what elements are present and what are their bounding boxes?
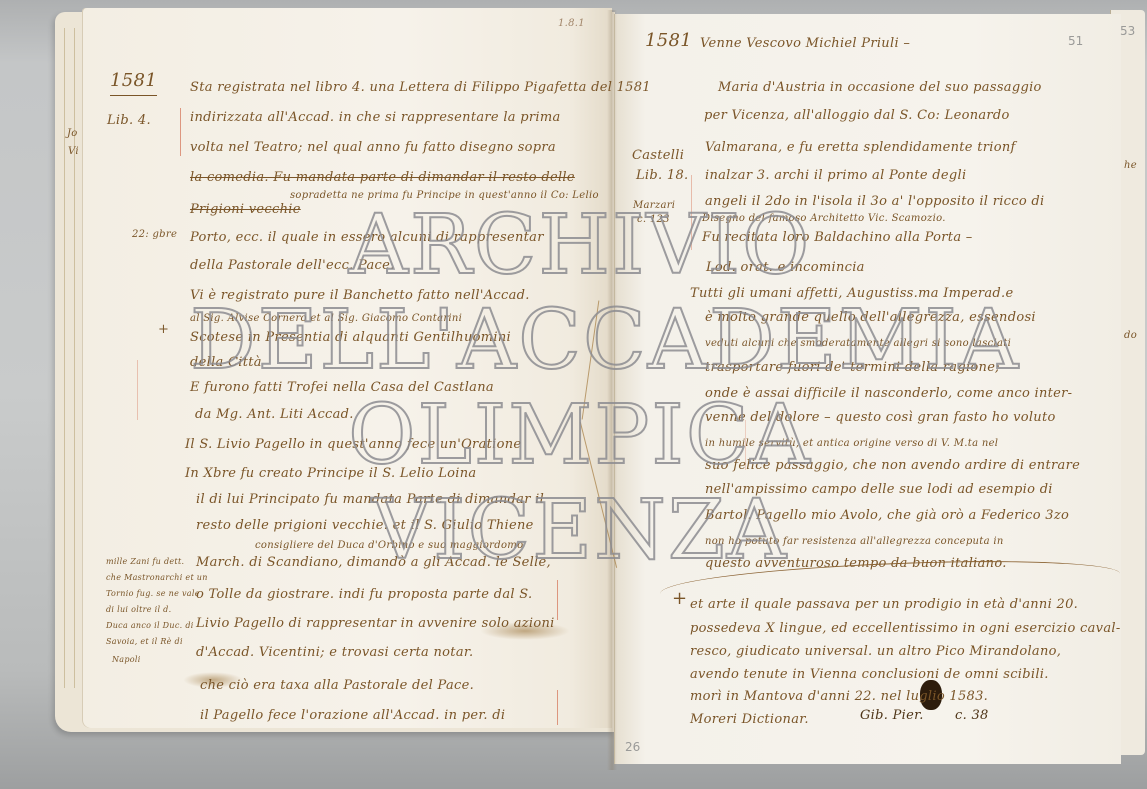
text-line: Porto, ecc. il quale in essero alcuni di…	[190, 230, 544, 245]
citation-ref: Gib. Pier.	[860, 708, 924, 723]
text-line: il di lui Principato fu mandata Parte di…	[196, 492, 544, 507]
text-line: Lod. orat. e incomincia	[706, 260, 865, 275]
text-line: nell'ampissimo campo delle sue lodi ad e…	[705, 482, 1053, 497]
text-line: Valmarana, e fu eretta splendidamente tr…	[705, 140, 1016, 155]
text-line: March. di Scandiano, dimandò a gli Accad…	[196, 555, 551, 570]
interlinear-note: sopradetta ne prima fu Principe in quest…	[290, 190, 599, 201]
margin-cross: +	[158, 322, 169, 337]
text-line: non ho potuto far resistenza all'allegre…	[705, 536, 1004, 547]
manuscript-scan: 1.8.1 1581 Lib. 4. Jo Vi 22: gbre + Sta …	[0, 0, 1147, 789]
text-line: è molto grande quello dell'allegrezza, e…	[705, 310, 1036, 325]
footnote-line: resco, giudicato universal. un altro Pic…	[690, 644, 1061, 659]
right-margin-ref: Castelli	[632, 148, 684, 163]
edge-note: Jo	[67, 128, 78, 139]
right-heading: Venne Vescovo Michiel Priuli –	[700, 36, 910, 51]
text-line: venne del dolore – questo così gran fast…	[705, 410, 1056, 425]
text-line: onde è assai difficile il nasconderlo, c…	[705, 386, 1072, 401]
text-line: Maria d'Austria in occasione del suo pas…	[718, 80, 1042, 95]
edge-note: Vi	[68, 146, 79, 157]
left-margin-date: 22: gbre	[132, 229, 177, 240]
text-line: della Pastorale dell'ecc. Pace.	[190, 258, 395, 273]
red-margin-mark	[557, 690, 558, 725]
page-edge-line	[64, 28, 65, 688]
left-year-heading: 1581	[110, 70, 157, 96]
margin-note-line: mille Zani fu dett.	[106, 557, 184, 566]
footnote-line: avendo tenute in Vienna conclusioni de o…	[690, 667, 1049, 682]
right-margin-ref-2: c. 123	[637, 214, 670, 225]
footnote-line: morì in Mantova d'anni 22. nel luglio 15…	[690, 689, 988, 704]
text-line: da Mg. Ant. Liti Accad.	[195, 407, 354, 422]
margin-note-line: Tornio fug. se ne vale	[106, 589, 200, 598]
citation-page: c. 38	[955, 708, 989, 723]
folio-number: 26	[625, 740, 640, 754]
under-page-fragment: do	[1124, 330, 1137, 341]
text-line: in humile servitù, et antica origine ver…	[705, 438, 998, 449]
text-line: Disegno del famoso Architetto Vic. Scamo…	[702, 213, 946, 224]
margin-note-line: di lui oltre il d.	[106, 605, 171, 614]
text-line: Bartol. Pagello mio Avolo, che già orò a…	[705, 508, 1069, 523]
text-line: In Xbre fu creato Principe il S. Lelio L…	[185, 466, 476, 481]
text-line: Tutti gli umani affetti, Augustiss.ma Im…	[690, 286, 1013, 301]
red-margin-mark	[180, 108, 181, 156]
text-line: E furono fatti Trofei nella Casa del Cas…	[190, 380, 494, 395]
text-line: Vi è registrato pure il Banchetto fatto …	[190, 288, 530, 303]
text-line: Scotese in Presentia di alquanti Gentilh…	[190, 330, 511, 345]
right-margin-ref: Lib. 18.	[636, 168, 688, 183]
text-line: inalzar 3. archi il primo al Ponte degli	[705, 168, 966, 183]
red-margin-mark	[557, 580, 558, 620]
text-line: della Città	[190, 355, 262, 370]
text-line: suo felice passaggio, che non avendo ard…	[705, 458, 1080, 473]
text-line: per Vicenza, all'alloggio dal S. Co: Leo…	[704, 108, 1010, 123]
margin-note-line: Savoia, et il Rè di	[106, 637, 183, 646]
footnote-line: Moreri Dictionar.	[690, 712, 809, 727]
left-margin-ref: Lib. 4.	[107, 113, 151, 128]
interlinear-note: consigliere del Duca d'Orbino e suo magg…	[255, 540, 523, 551]
right-year-heading: 1581	[645, 30, 692, 51]
under-page-fragment: he	[1124, 160, 1137, 171]
text-line: che ciò era taxa alla Pastorale del Pace…	[200, 678, 474, 693]
text-line: angeli il 2do in l'isola il 3o a' l'oppo…	[705, 194, 1044, 209]
red-margin-mark	[691, 175, 692, 250]
text-line: Livio Pagello di rappresentar in avvenir…	[196, 616, 555, 631]
text-line: veduti alcuni che smoderatamente allegri…	[705, 338, 1011, 349]
page-number: 53	[1120, 24, 1135, 38]
footnote-line: possedeva X lingue, ed eccellentissimo i…	[690, 621, 1121, 636]
text-line: d'Accad. Vicentini; e trovasi certa nota…	[196, 645, 473, 660]
footnote-line: et arte il quale passava per un prodigio…	[690, 597, 1078, 612]
margin-note-line: che Mastronarchi et un	[106, 573, 208, 582]
text-line: Sta registrata nel libro 4. una Lettera …	[190, 80, 651, 95]
right-margin-ref-2: Marzari	[633, 200, 675, 211]
red-margin-mark	[137, 360, 138, 420]
text-line: volta nel Teatro; nel qual anno fu fatto…	[190, 140, 556, 155]
text-line: al Sig. Alvise Cornero et al Sig. Giacom…	[190, 313, 462, 324]
page-edge-line	[74, 28, 75, 688]
text-line: il Pagello fece l'orazione all'Accad. in…	[200, 708, 505, 723]
text-line: trasportare fuori de' termini della ragi…	[705, 360, 1000, 375]
text-line: o Tolle da giostrare. indi fu proposta p…	[196, 587, 532, 602]
margin-note-line: Napoli	[112, 655, 141, 664]
text-line: indirizzata all'Accad. in che si rappres…	[190, 110, 561, 125]
text-line: resto delle prigioni vecchie. et il S. G…	[196, 518, 534, 533]
text-line: Fu recitata loro Baldachino alla Porta –	[702, 230, 973, 245]
margin-note-line: Duca anco il Duc. di	[106, 621, 194, 630]
footnote-cross: +	[672, 588, 687, 609]
text-line: Il S. Livio Pagello in quest'anno fece u…	[185, 437, 521, 452]
corner-mark: 1.8.1	[558, 18, 585, 29]
text-line-struck: Prigioni vecchie	[190, 202, 301, 217]
text-line-struck: la comedia. Fu mandata parte di dimandar…	[190, 170, 575, 185]
book-spine	[607, 10, 617, 770]
page-number: 51	[1068, 34, 1083, 48]
